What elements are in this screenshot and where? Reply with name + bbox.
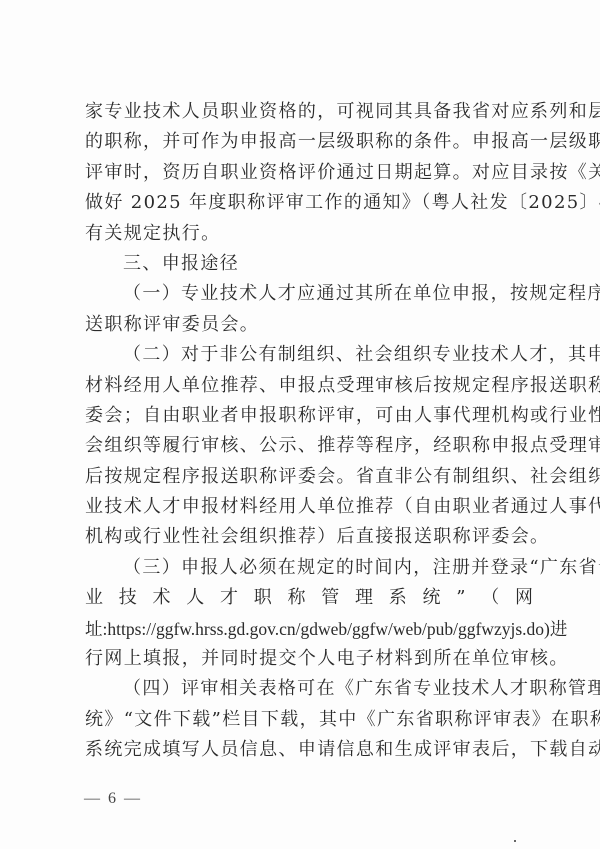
text-line: 业技术人才申报材料经用人单位推荐（自由职业者通过人事代理: [85, 492, 533, 522]
char: 系: [389, 583, 407, 613]
char: 网: [515, 583, 533, 613]
text-line: 送职称评审委员会。: [85, 310, 533, 340]
char: 理: [355, 583, 373, 613]
char: 术: [153, 583, 171, 613]
char: （: [481, 583, 499, 613]
spread-text-line: 业 技 术 人 才 职 称 管 理 系 统 ” （ 网: [85, 583, 533, 613]
text-line: 评审时，资历自职业资格评价通过日期起算。对应目录按《关于: [85, 158, 533, 188]
text-line: 做好 2025 年度职称评审工作的通知》（粤人社发〔2025〕40 号）: [85, 188, 533, 218]
char: 统: [423, 583, 441, 613]
text-line: 后按规定程序报送职称评委会。省直非公有制组织、社会组织专: [85, 462, 533, 492]
text-line: （一）专业技术人才应通过其所在单位申报，按规定程序报: [85, 279, 533, 309]
text-line: 系统完成填写人员信息、申请信息和生成评审表后，下载自动生: [85, 735, 533, 765]
text-line: （三）申报人必须在规定的时间内，注册并登录“广东省专: [85, 553, 533, 583]
char: ”: [456, 583, 465, 613]
text-line: 行网上填报，并同时提交个人电子材料到所在单位审核。: [85, 644, 533, 674]
text-line: 的职称，并可作为申报高一层级职称的条件。申报高一层级职称: [85, 127, 533, 157]
char: 称: [288, 583, 306, 613]
document-body: 家专业技术人员职业资格的，可视同其具备我省对应系列和层级 的职称，并可作为申报高…: [85, 97, 533, 766]
scan-speck: [514, 840, 516, 842]
char: 才: [220, 583, 238, 613]
page-number: — 6 —: [84, 790, 142, 808]
char: 技: [119, 583, 137, 613]
url-text-line: 址:https://ggfw.hrss.gd.gov.cn/gdweb/ggfw…: [85, 614, 533, 644]
text-line: 机构或行业性社会组织推荐）后直接报送职称评委会。: [85, 522, 533, 552]
document-page: 家专业技术人员职业资格的，可视同其具备我省对应系列和层级 的职称，并可作为申报高…: [0, 0, 600, 849]
text-line: （二）对于非公有制组织、社会组织专业技术人才，其申报: [85, 340, 533, 370]
section-heading: 三、申报途径: [85, 249, 533, 279]
char: 业: [85, 583, 103, 613]
text-line: 委会；自由职业者申报职称评审，可由人事代理机构或行业性社: [85, 401, 533, 431]
char: 职: [254, 583, 272, 613]
text-line: 材料经用人单位推荐、申报点受理审核后按规定程序报送职称评: [85, 371, 533, 401]
text-line: 统》“文件下载”栏目下载，其中《广东省职称评审表》在职称: [85, 705, 533, 735]
text-line: 有关规定执行。: [85, 219, 533, 249]
text-line: 会组织等履行审核、公示、推荐等程序，经职称申报点受理审核: [85, 431, 533, 461]
text-line: （四）评审相关表格可在《广东省专业技术人才职称管理系: [85, 674, 533, 704]
text-line: 家专业技术人员职业资格的，可视同其具备我省对应系列和层级: [85, 97, 533, 127]
char: 人: [186, 583, 204, 613]
char: 管: [321, 583, 339, 613]
